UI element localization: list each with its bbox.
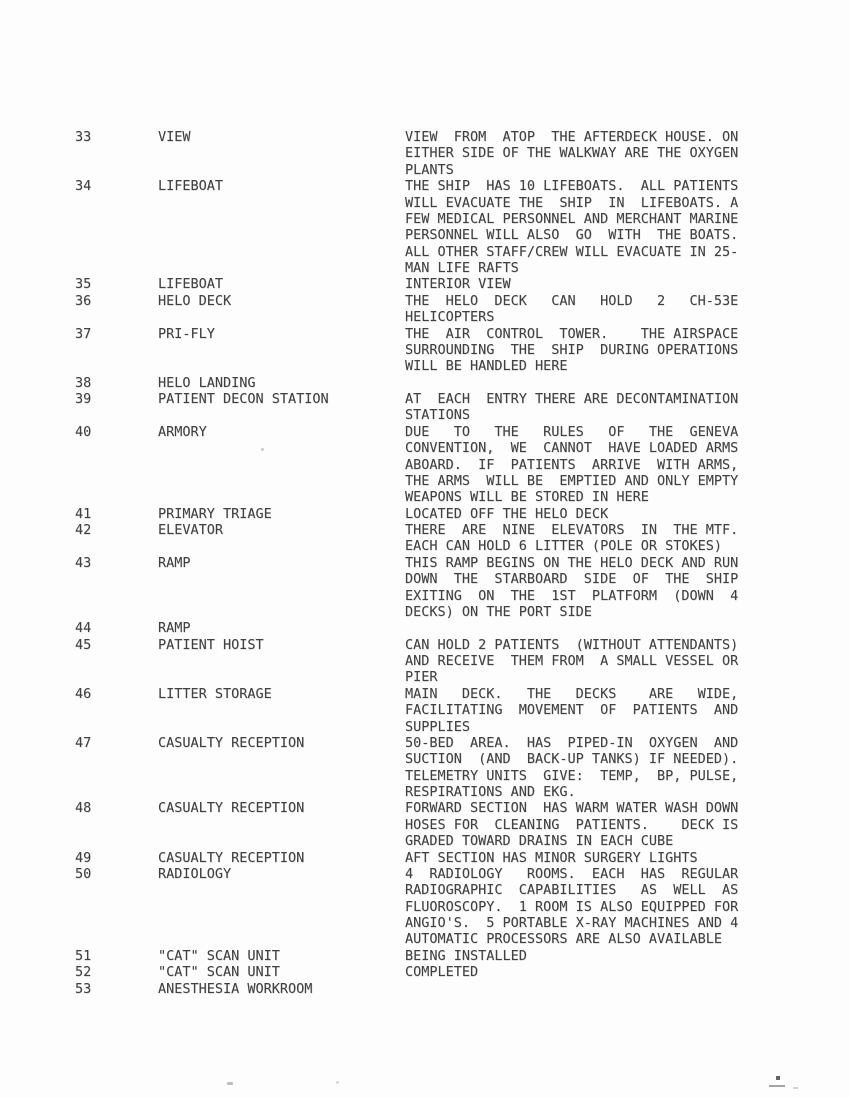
location-description: 4 RADIOLOGY ROOMS. EACH HAS REGULAR RADI… <box>405 866 750 948</box>
location-name: LIFEBOAT <box>158 178 405 194</box>
location-name: RADIOLOGY <box>158 866 405 882</box>
location-description: MAIN DECK. THE DECKS ARE WIDE, FACILITAT… <box>405 686 750 735</box>
location-name: VIEW <box>158 129 405 145</box>
location-name: LIFEBOAT <box>158 276 405 292</box>
slide-number: 48 <box>75 800 158 816</box>
slide-number: 47 <box>75 735 158 751</box>
list-row: 46 LITTER STORAGE MAIN DECK. THE DECKS A… <box>75 686 750 735</box>
list-row: 50 RADIOLOGY 4 RADIOLOGY ROOMS. EACH HAS… <box>75 866 750 948</box>
scan-artifact <box>793 1087 798 1089</box>
location-description: INTERIOR VIEW <box>405 276 750 292</box>
slide-number: 44 <box>75 620 158 636</box>
slide-number: 53 <box>75 981 158 997</box>
location-description: DUE TO THE RULES OF THE GENEVA CONVENTIO… <box>405 424 750 506</box>
location-name: PATIENT HOIST <box>158 637 405 653</box>
document-page: 33 VIEW VIEW FROM ATOP THE AFTERDECK HOU… <box>0 0 850 1097</box>
location-description: THE HELO DECK CAN HOLD 2 CH-53E HELICOPT… <box>405 293 750 326</box>
list-row: 52 "CAT" SCAN UNIT COMPLETED <box>75 964 750 980</box>
slide-number: 40 <box>75 424 158 440</box>
location-name: LITTER STORAGE <box>158 686 405 702</box>
location-description: THE AIR CONTROL TOWER. THE AIRSPACE SURR… <box>405 326 750 375</box>
location-name: CASUALTY RECEPTION <box>158 800 405 816</box>
list-row: 37 PRI-FLY THE AIR CONTROL TOWER. THE AI… <box>75 326 750 375</box>
list-row: 49 CASUALTY RECEPTION AFT SECTION HAS MI… <box>75 850 750 866</box>
location-name: ELEVATOR <box>158 522 405 538</box>
slide-number: 49 <box>75 850 158 866</box>
list-row: 41 PRIMARY TRIAGE LOCATED OFF THE HELO D… <box>75 506 750 522</box>
location-name: CASUALTY RECEPTION <box>158 850 405 866</box>
location-description: COMPLETED <box>405 964 750 980</box>
location-name: PATIENT DECON STATION <box>158 391 405 407</box>
location-name: HELO LANDING <box>158 375 405 391</box>
location-name: HELO DECK <box>158 293 405 309</box>
location-name: PRIMARY TRIAGE <box>158 506 405 522</box>
list-row: 51 "CAT" SCAN UNIT BEING INSTALLED <box>75 948 750 964</box>
slide-location-list: 33 VIEW VIEW FROM ATOP THE AFTERDECK HOU… <box>75 129 750 997</box>
location-description: CAN HOLD 2 PATIENTS (WITHOUT ATTENDANTS)… <box>405 637 750 686</box>
list-row: 39 PATIENT DECON STATION AT EACH ENTRY T… <box>75 391 750 424</box>
location-name: ANESTHESIA WORKROOM <box>158 981 405 997</box>
location-description: FORWARD SECTION HAS WARM WATER WASH DOWN… <box>405 800 750 849</box>
list-row: 47 CASUALTY RECEPTION 50-BED AREA. HAS P… <box>75 735 750 801</box>
location-name: PRI-FLY <box>158 326 405 342</box>
list-row: 45 PATIENT HOIST CAN HOLD 2 PATIENTS (WI… <box>75 637 750 686</box>
slide-number: 36 <box>75 293 158 309</box>
location-description: THE SHIP HAS 10 LIFEBOATS. ALL PATIENTS … <box>405 178 750 276</box>
scan-artifact <box>769 1085 785 1087</box>
scan-artifact <box>776 1076 780 1080</box>
location-description: AT EACH ENTRY THERE ARE DECONTAMINATION … <box>405 391 750 424</box>
slide-number: 45 <box>75 637 158 653</box>
list-row: 44 RAMP <box>75 620 750 636</box>
slide-number: 52 <box>75 964 158 980</box>
slide-number: 43 <box>75 555 158 571</box>
location-description: THERE ARE NINE ELEVATORS IN THE MTF. EAC… <box>405 522 750 555</box>
slide-number: 42 <box>75 522 158 538</box>
location-description: LOCATED OFF THE HELO DECK <box>405 506 750 522</box>
location-description: THIS RAMP BEGINS ON THE HELO DECK AND RU… <box>405 555 750 621</box>
scan-artifact <box>227 1082 233 1085</box>
list-row: 40 ARMORY DUE TO THE RULES OF THE GENEVA… <box>75 424 750 506</box>
list-row: 53 ANESTHESIA WORKROOM <box>75 981 750 997</box>
slide-number: 34 <box>75 178 158 194</box>
scan-artifact <box>261 448 264 451</box>
slide-number: 46 <box>75 686 158 702</box>
location-description: 50-BED AREA. HAS PIPED-IN OXYGEN AND SUC… <box>405 735 750 801</box>
list-row: 33 VIEW VIEW FROM ATOP THE AFTERDECK HOU… <box>75 129 750 178</box>
list-row: 48 CASUALTY RECEPTION FORWARD SECTION HA… <box>75 800 750 849</box>
slide-number: 33 <box>75 129 158 145</box>
slide-number: 35 <box>75 276 158 292</box>
location-description: AFT SECTION HAS MINOR SURGERY LIGHTS <box>405 850 750 866</box>
location-name: ARMORY <box>158 424 405 440</box>
slide-number: 38 <box>75 375 158 391</box>
slide-number: 50 <box>75 866 158 882</box>
slide-number: 39 <box>75 391 158 407</box>
list-row: 38 HELO LANDING <box>75 375 750 391</box>
slide-number: 37 <box>75 326 158 342</box>
location-description: BEING INSTALLED <box>405 948 750 964</box>
scan-artifact <box>336 1081 339 1084</box>
list-row: 43 RAMP THIS RAMP BEGINS ON THE HELO DEC… <box>75 555 750 621</box>
location-name: CASUALTY RECEPTION <box>158 735 405 751</box>
location-name: "CAT" SCAN UNIT <box>158 948 405 964</box>
location-description: VIEW FROM ATOP THE AFTERDECK HOUSE. ON E… <box>405 129 750 178</box>
list-row: 35 LIFEBOAT INTERIOR VIEW <box>75 276 750 292</box>
location-name: "CAT" SCAN UNIT <box>158 964 405 980</box>
location-name: RAMP <box>158 620 405 636</box>
location-name: RAMP <box>158 555 405 571</box>
list-row: 42 ELEVATOR THERE ARE NINE ELEVATORS IN … <box>75 522 750 555</box>
list-row: 34 LIFEBOAT THE SHIP HAS 10 LIFEBOATS. A… <box>75 178 750 276</box>
slide-number: 51 <box>75 948 158 964</box>
list-row: 36 HELO DECK THE HELO DECK CAN HOLD 2 CH… <box>75 293 750 326</box>
slide-number: 41 <box>75 506 158 522</box>
